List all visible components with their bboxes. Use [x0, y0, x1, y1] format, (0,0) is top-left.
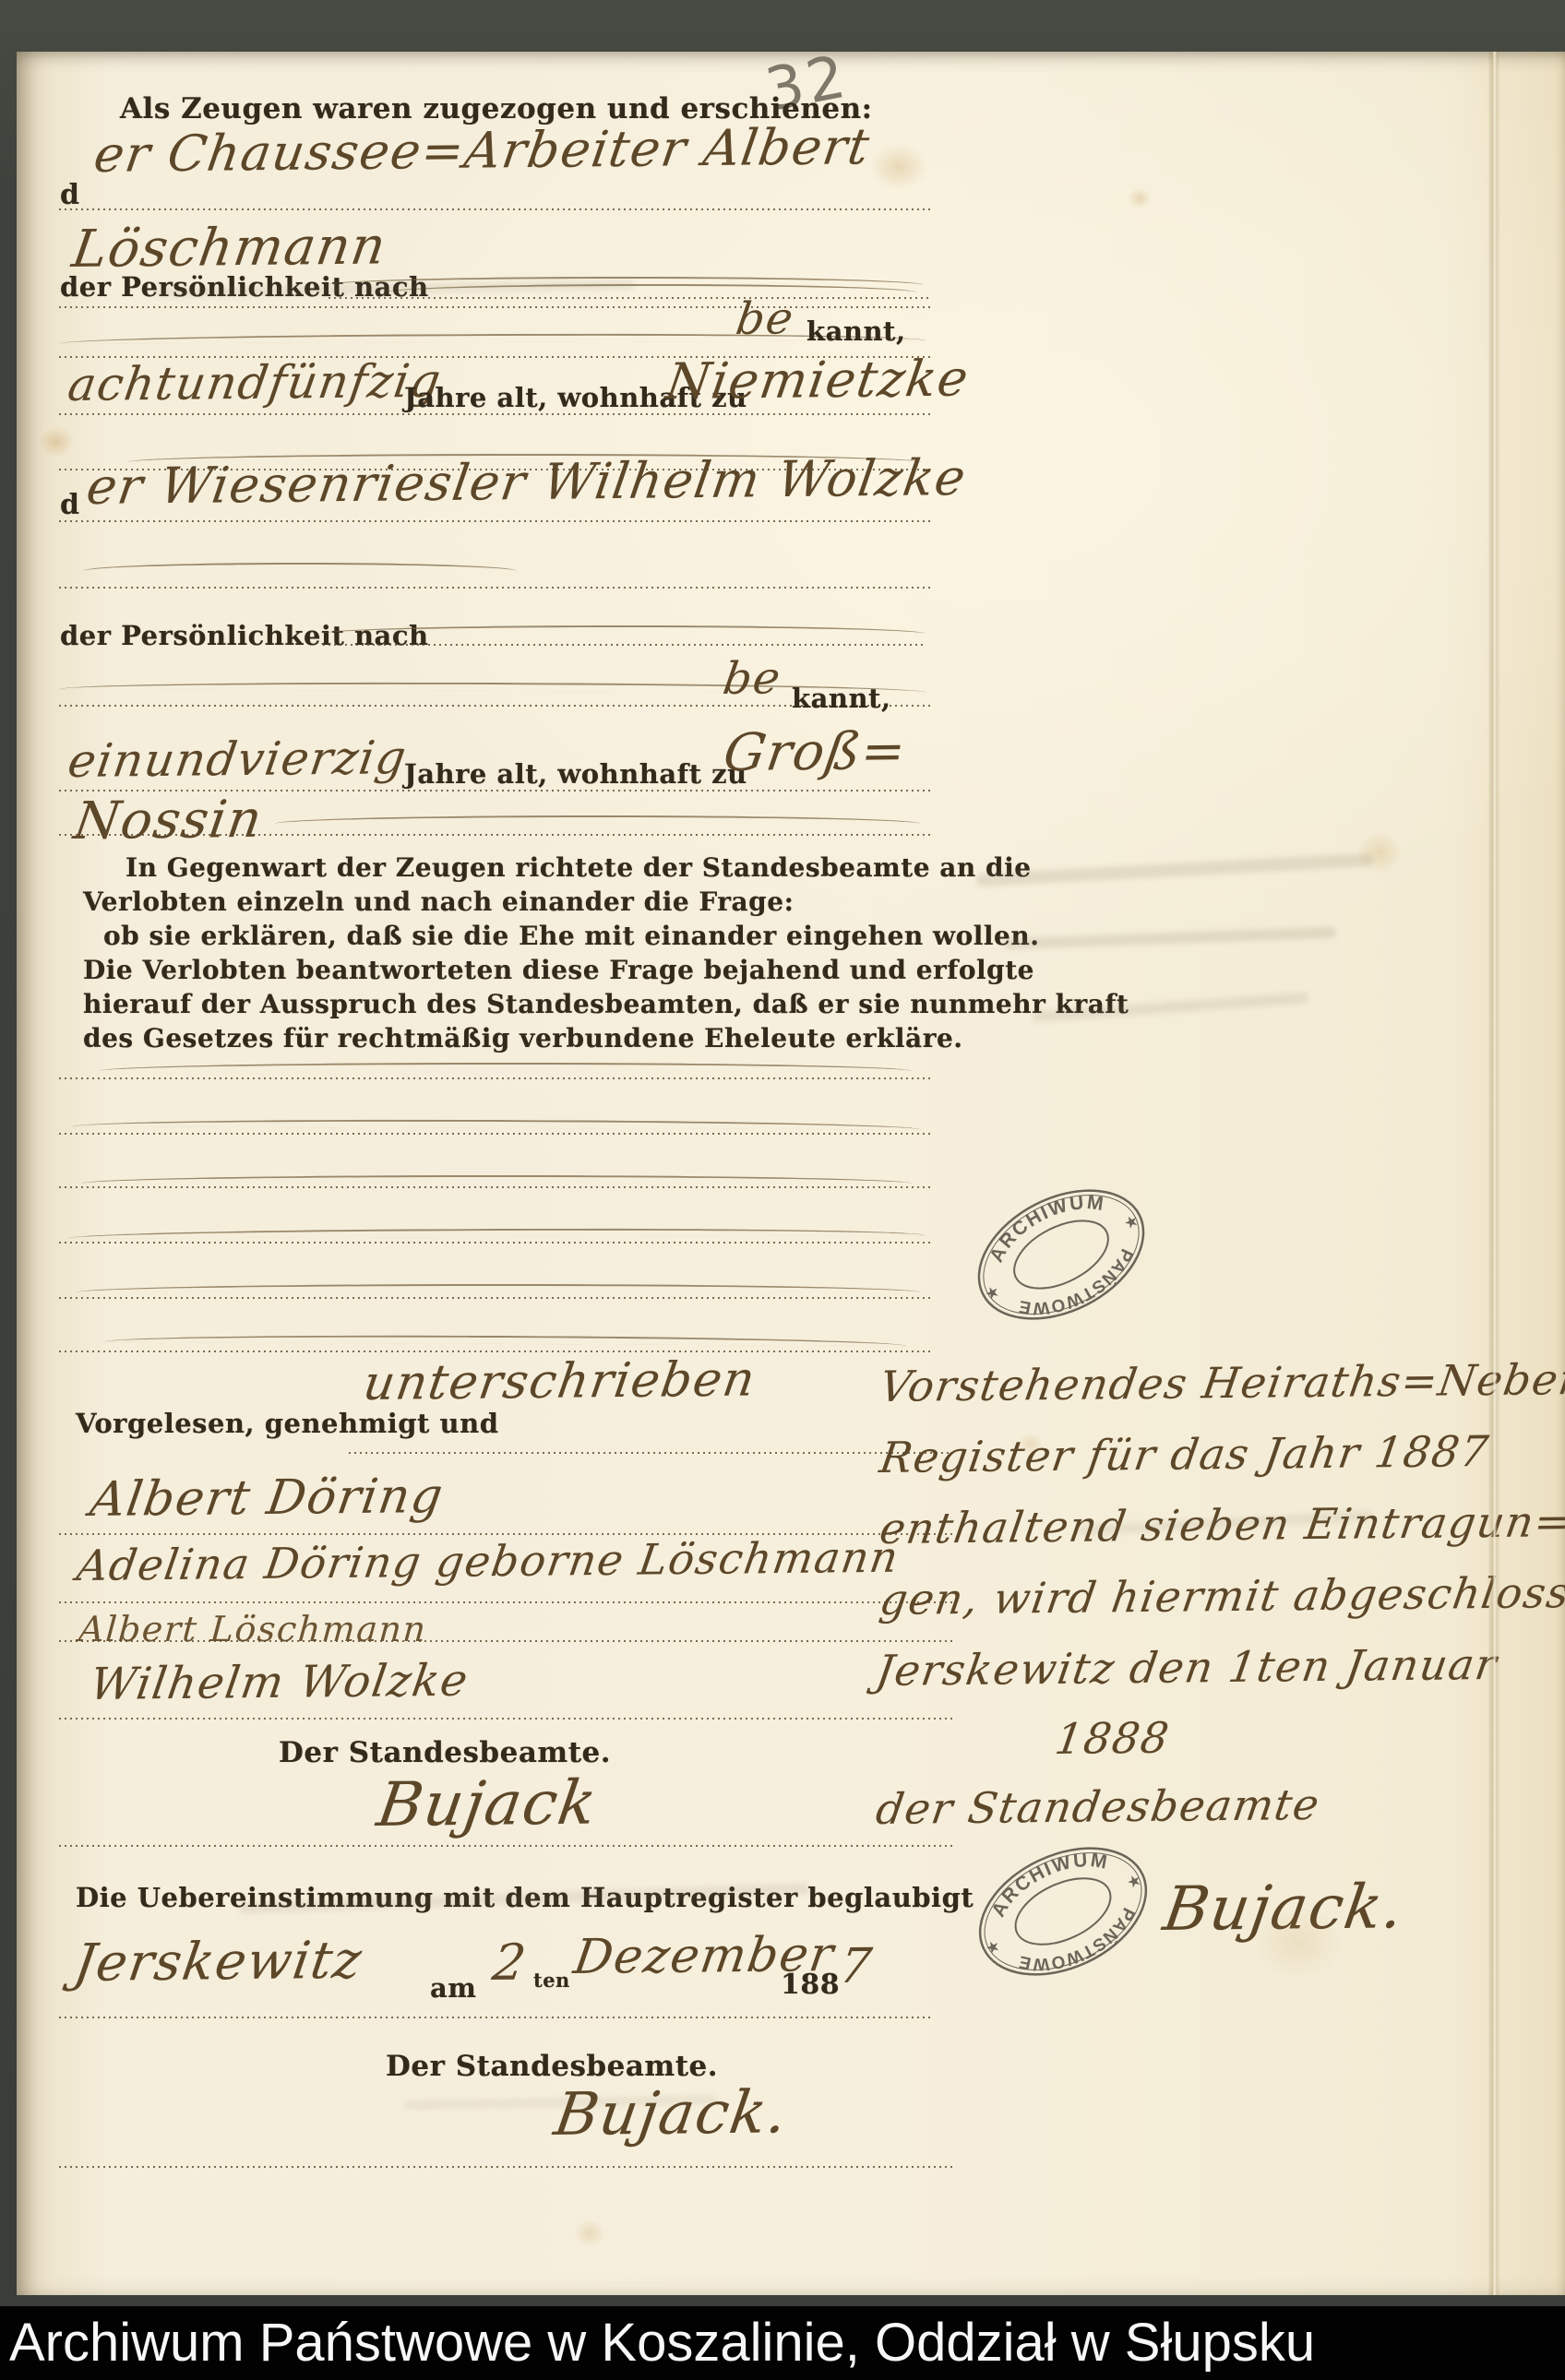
declaration-line: In Gegenwart der Zeugen richtete der Sta…	[125, 851, 1129, 885]
ruled-dotted-line	[59, 2017, 932, 2018]
hand-strike-line	[77, 1284, 921, 1292]
ruled-dotted-line	[59, 834, 932, 836]
ruled-dotted-line	[59, 1297, 932, 1299]
witness2-occupation-handwriting: er Wiesenriesler Wilhelm Wolzke	[83, 448, 971, 516]
archive-caption-text: Archiwum Państwowe w Koszalinie, Oddział…	[0, 2306, 1565, 2380]
kannt-label-2: kannt,	[792, 683, 891, 714]
registrar-signature-1: Bujack	[373, 1767, 603, 1840]
witness2-age-handwriting: einundvierzig	[65, 731, 411, 788]
witness2-residence-line1-handwriting: Groß=	[720, 721, 911, 783]
form-d-prefix-2: d	[60, 489, 79, 521]
closing-note-line: Register für das Jahr 1887	[877, 1426, 1493, 1482]
hand-strike-line	[81, 1175, 912, 1184]
ruled-dotted-line	[59, 1351, 932, 1352]
witness1-occupation-handwriting: er Chaussee=Arbeiter Albert	[90, 117, 874, 184]
ruled-dotted-line	[59, 1077, 932, 1079]
year-prefix-label: 188	[781, 1969, 840, 2001]
ruled-dotted-line	[59, 1242, 932, 1244]
ruled-dotted-line	[59, 1133, 932, 1135]
closing-note-line: Jerskewitz den 1ten Januar	[873, 1639, 1501, 1696]
closing-note-line: gen, wird hiermit abgeschlossen	[877, 1567, 1565, 1624]
archive-caption-bar: Archiwum Państwowe w Koszalinie, Oddział…	[0, 2306, 1565, 2380]
signature-albert-doering: Albert Döring	[87, 1469, 448, 1528]
form-d-prefix-1: d	[60, 179, 79, 211]
svg-text:ARCHIWUM: ARCHIWUM	[978, 1832, 1117, 1925]
ten-suffix-label: ten	[533, 1969, 570, 1992]
be-handwriting-1: be	[733, 292, 798, 345]
archival-scan: { "caption_bar": { "text": "Archiwum Pań…	[0, 0, 1565, 2380]
declaration-line: ob sie erklären, daß sie die Ehe mit ein…	[103, 919, 1129, 953]
stamp-arc-bottom-text: PAŃSTWOWE	[1009, 1899, 1147, 1991]
ruled-dotted-line	[59, 413, 932, 415]
foxing-spot	[1128, 188, 1152, 208]
document-page: 32 Als Zeugen waren zugezogen und erschi…	[17, 52, 1565, 2295]
ruled-dotted-line	[323, 644, 926, 646]
ruled-dotted-line	[59, 587, 932, 589]
hand-strike-line	[67, 1227, 926, 1238]
declaration-line: des Gesetzes für rechtmäßig verbundene E…	[83, 1021, 1129, 1055]
ruled-dotted-line	[59, 1718, 954, 1720]
page-fold-crease	[1487, 52, 1500, 2295]
archive-stamp: ARCHIWUM PAŃSTWOWE ★ ★	[950, 1155, 1173, 1354]
witness1-surname-handwriting: Löschmann	[68, 216, 390, 280]
age-residence-label-2: Jahre alt, wohnhaft zu	[404, 758, 747, 790]
archive-stamp: ARCHIWUM PAŃSTWOWE ★ ★	[952, 1814, 1174, 2008]
ruled-dotted-line	[329, 297, 928, 299]
ruled-dotted-line	[59, 306, 932, 308]
declaration-line: Die Verlobten beantworteten diese Frage …	[83, 953, 1129, 987]
ruled-dotted-line	[59, 2166, 954, 2168]
identity-label-2: der Persönlichkeit nach	[60, 620, 429, 651]
kannt-label-1: kannt,	[806, 315, 906, 347]
ruled-dotted-line	[59, 1601, 954, 1603]
declaration-line: hierauf der Ausspruch des Standesbeamten…	[83, 987, 1129, 1021]
witness2-residence-line2-handwriting: Nossin	[70, 790, 267, 851]
signature-wilhelm-wolzke: Wilhelm Wolzke	[87, 1655, 472, 1710]
am-label: am	[430, 1972, 476, 2004]
foxing-spot	[870, 144, 927, 190]
closing-note-line: 1888	[1052, 1713, 1173, 1764]
certification-signature-handwriting: Bujack.	[550, 2078, 793, 2149]
stamp-arc-top-text: ARCHIWUM	[978, 1832, 1117, 1925]
ruled-dotted-line	[59, 208, 932, 210]
hand-strike-line	[59, 332, 926, 343]
ruled-dotted-line	[349, 1452, 953, 1454]
foxing-spot	[574, 2219, 605, 2247]
hand-strike-line	[72, 1118, 921, 1129]
declaration-line: Verlobten einzeln und nach einander die …	[83, 885, 1129, 919]
closing-note-line: Vorstehendes Heiraths=Neben=	[877, 1354, 1565, 1411]
closing-note-signature: Bujack.	[1159, 1871, 1409, 1945]
hand-strike-line	[104, 1334, 907, 1347]
hand-strike-line	[83, 563, 517, 571]
foxing-spot	[39, 426, 74, 458]
witness1-residence-handwriting: Niemietzke	[663, 350, 974, 411]
hand-strike-line	[386, 284, 916, 292]
certification-year-digit-handwriting: 7	[836, 1939, 877, 1994]
ruled-dotted-line	[59, 1186, 932, 1188]
ruled-dotted-line	[59, 1640, 954, 1642]
declaration-paragraph: In Gegenwart der Zeugen richtete der Sta…	[83, 851, 1129, 1055]
signature-adelina-doering: Adelina Döring geborne Löschmann	[74, 1532, 902, 1590]
certification-label: Die Uebereinstimmung mit dem Hauptregist…	[76, 1882, 974, 1913]
certification-place-handwriting: Jerskewitz	[70, 1931, 366, 1993]
closing-note-line: enthaltend sieben Eintragun=	[877, 1496, 1565, 1553]
registrar-label-2: Der Standesbeamte.	[386, 2050, 718, 2083]
foxing-spot	[1356, 831, 1403, 874]
witness1-age-handwriting: achtundfünfzig	[65, 354, 446, 411]
svg-text:PAŃSTWOWE: PAŃSTWOWE	[1009, 1899, 1147, 1991]
registrar-label-1: Der Standesbeamte.	[279, 1736, 611, 1769]
be-handwriting-2: be	[720, 652, 785, 705]
signature-albert-loeschmann: Albert Löschmann	[78, 1609, 428, 1649]
certification-day-handwriting: 2	[489, 1934, 531, 1992]
ruled-dotted-line	[59, 1845, 954, 1847]
unterschrieben-handwriting: unterschrieben	[360, 1352, 759, 1411]
hand-strike-line	[100, 1063, 912, 1071]
vorgelesen-label: Vorgelesen, genehmigt und	[76, 1408, 498, 1439]
hand-strike-line	[275, 815, 921, 824]
ruled-dotted-line	[59, 520, 932, 522]
